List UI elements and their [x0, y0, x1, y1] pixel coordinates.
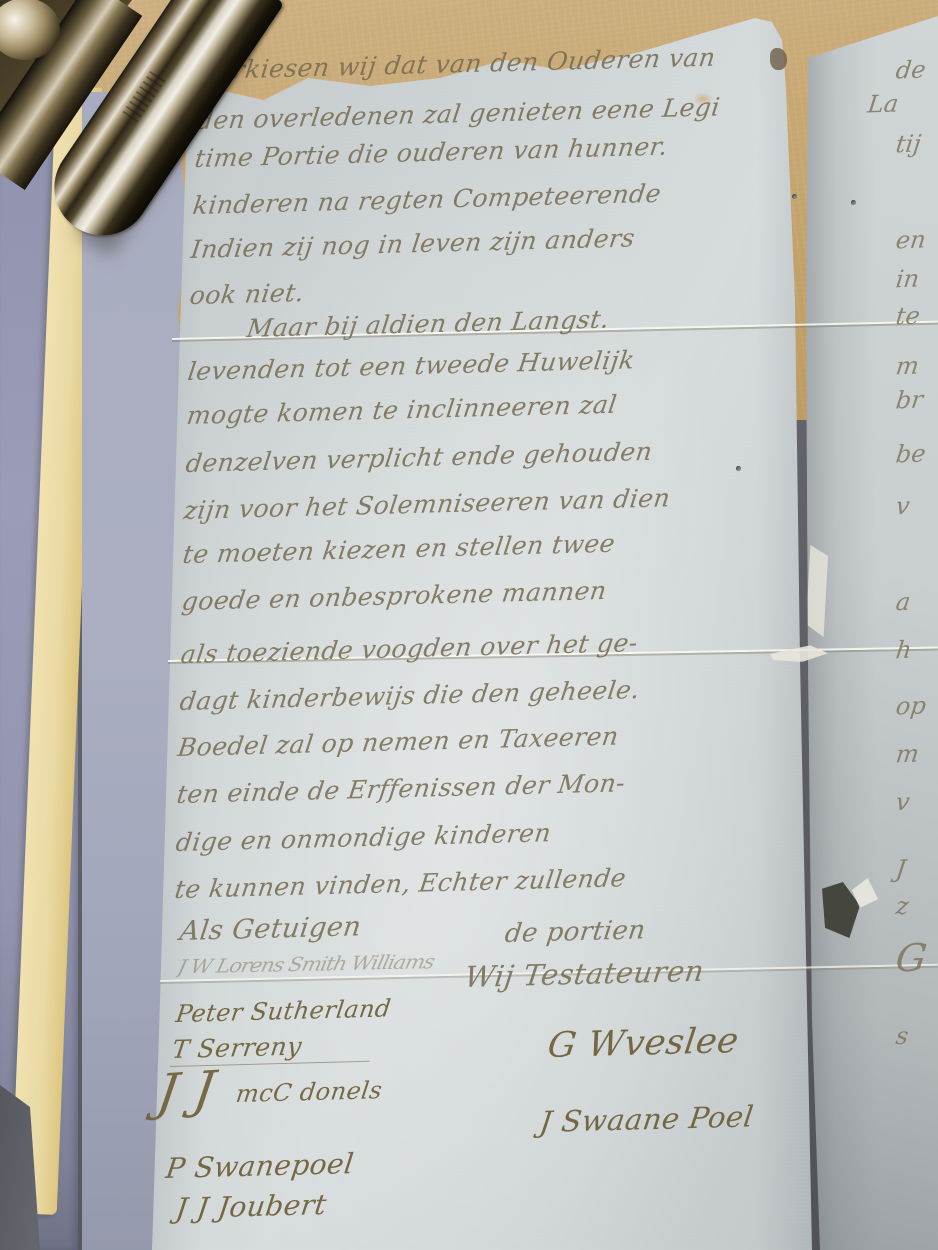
document-page-2	[800, 10, 938, 1250]
witnesses-heading: Als Getuigen	[178, 911, 363, 947]
witness-signature: P Swanepoel	[164, 1147, 356, 1185]
page-2-text-fragment: G	[893, 935, 929, 980]
witness-signature: Peter Sutherland	[174, 994, 393, 1028]
handwritten-line: ook niet.	[188, 278, 306, 310]
page-2-text-fragment: br	[894, 386, 924, 415]
pin-hole	[851, 200, 856, 205]
signature-initials-flourish: J J	[154, 1060, 219, 1122]
photo-of-handwritten-testament: verkiesen wij dat van den Ouderen van de…	[0, 0, 938, 1250]
testator-signature: G Wveslee	[545, 1021, 741, 1066]
page-2-text-fragment: be	[894, 439, 927, 468]
page-corner-chip	[770, 48, 787, 70]
page-2-text-fragment: de	[894, 55, 927, 84]
page-2-text-fragment: in	[894, 265, 921, 294]
page-2-text-fragment: te	[894, 302, 921, 331]
testators-heading: Wij Testateuren	[463, 954, 706, 994]
page-2-text-fragment: en	[894, 225, 927, 254]
page-2-text-fragment: v	[894, 492, 911, 520]
handwritten-line: de portien	[503, 915, 647, 949]
page-2-text-fragment: v	[894, 788, 911, 816]
witness-signature: J J Joubert	[174, 1188, 329, 1225]
witness-signature: mcC donels	[234, 1076, 384, 1108]
page-2-text-fragment: tij	[894, 130, 922, 159]
page-2-text-fragment: m	[894, 352, 920, 381]
testator-signature: J Swaane Poel	[538, 1099, 756, 1139]
pin-hole	[736, 466, 741, 471]
page-2-text-fragment: La	[866, 89, 900, 118]
pin-hole	[792, 194, 797, 199]
page-2-text-fragment: op	[894, 691, 927, 720]
page-2-text-fragment: m	[894, 740, 920, 769]
